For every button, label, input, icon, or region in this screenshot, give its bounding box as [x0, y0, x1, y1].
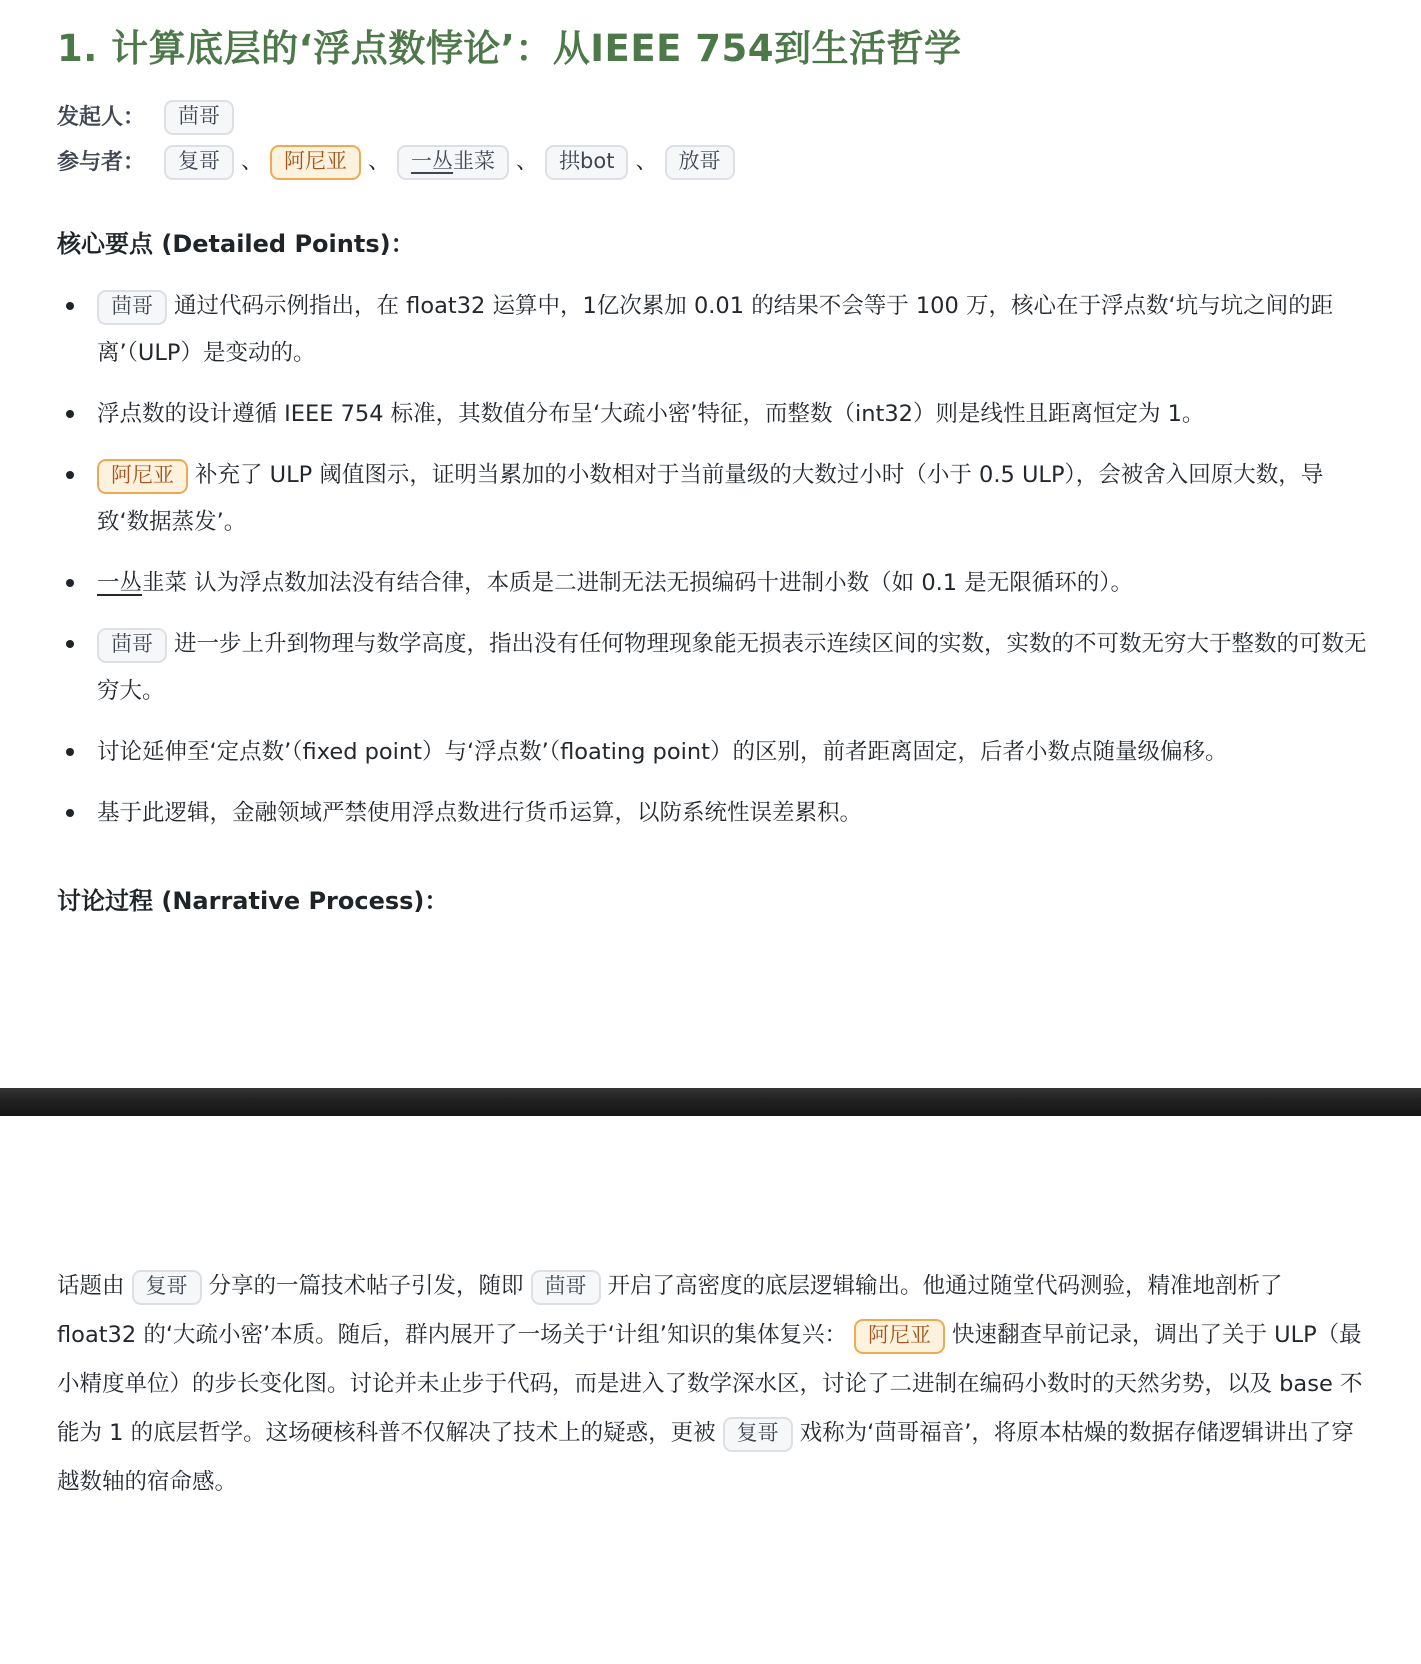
point-item: 茴哥通过代码示例指出，在 float32 运算中，1亿次累加 0.01 的结果不…	[57, 283, 1368, 377]
narrative-heading: 讨论过程 (Narrative Process)：	[57, 881, 1368, 916]
point-item: 阿尼亚补充了 ULP 阈值图示，证明当累加的小数相对于当前量级的大数过小时（小于…	[57, 452, 1368, 546]
separator: 、	[241, 150, 263, 175]
member-tag[interactable]: 放哥	[665, 145, 735, 180]
member-tag[interactable]: 拱bot	[545, 145, 628, 180]
point-item: 一丛韭菜 认为浮点数加法没有结合律，本质是二进制无法无损编码十进制小数（如 0.…	[57, 560, 1368, 607]
member-tag[interactable]: 复哥	[132, 1270, 202, 1305]
point-item: 基于此逻辑，金融领域严禁使用浮点数进行货币运算，以防系统性误差累积。	[57, 790, 1368, 837]
point-item: 茴哥进一步上升到物理与数学高度，指出没有任何物理现象能无损表示连续区间的实数，实…	[57, 621, 1368, 715]
member-tag[interactable]: 茴哥	[97, 290, 167, 325]
member-tag[interactable]: 一丛韭菜	[397, 145, 509, 180]
points-list: 茴哥通过代码示例指出，在 float32 运算中，1亿次累加 0.01 的结果不…	[57, 283, 1368, 837]
cropped-image-strip	[0, 1088, 1421, 1116]
separator: 、	[635, 150, 657, 175]
member-tag[interactable]: 茴哥	[531, 1270, 601, 1305]
underlined-text: 一丛	[97, 570, 142, 596]
member-tag[interactable]: 阿尼亚	[97, 459, 188, 494]
member-tag[interactable]: 茴哥	[164, 100, 234, 135]
participants-label: 参与者：	[57, 146, 145, 180]
initiator-row: 发起人： 茴哥	[57, 100, 1368, 135]
participants-row: 参与者： 复哥、阿尼亚、一丛韭菜、拱bot、放哥	[57, 145, 1368, 180]
points-heading: 核心要点 (Detailed Points)：	[57, 224, 1368, 259]
member-tag[interactable]: 茴哥	[97, 628, 167, 663]
member-tag[interactable]: 复哥	[164, 145, 234, 180]
member-tag[interactable]: 阿尼亚	[270, 145, 361, 180]
separator: 、	[368, 150, 390, 175]
member-tag[interactable]: 阿尼亚	[854, 1319, 945, 1354]
initiator-tags: 茴哥	[157, 100, 241, 135]
point-item: 浮点数的设计遵循 IEEE 754 标准，其数值分布呈‘大疏小密’特征，而整数（…	[57, 391, 1368, 438]
initiator-label: 发起人：	[57, 101, 145, 135]
participant-tags: 复哥、阿尼亚、一丛韭菜、拱bot、放哥	[157, 145, 741, 180]
page-title: 1. 计算底层的‘浮点数悖论’：从IEEE 754到生活哲学	[57, 26, 1368, 72]
point-item: 讨论延伸至‘定点数’（fixed point）与‘浮点数’（floating p…	[57, 729, 1368, 776]
member-tag[interactable]: 复哥	[723, 1417, 793, 1452]
underlined-name-part: 一丛	[411, 149, 453, 173]
document: 1. 计算底层的‘浮点数悖论’：从IEEE 754到生活哲学 发起人： 茴哥 参…	[0, 26, 1421, 1507]
narrative-paragraph: 话题由复哥分享的一篇技术帖子引发，随即茴哥开启了高密度的底层逻辑输出。他通过随堂…	[57, 1262, 1368, 1507]
separator: 、	[516, 150, 538, 175]
